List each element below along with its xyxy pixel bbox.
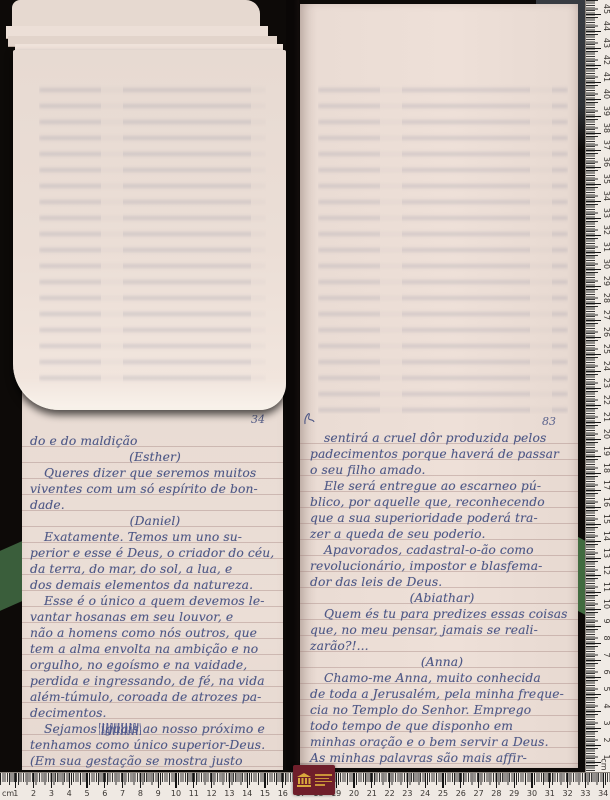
handwritten-line: sentirá a cruel dôr produzida pelos [310, 430, 574, 446]
handwritten-line: todo tempo de que disponho em [310, 718, 574, 734]
cm-number: 2 [25, 789, 43, 798]
cm-number: 28 [487, 789, 505, 798]
cm-number: 16 [274, 789, 292, 798]
cm-tick [51, 773, 52, 788]
cm-tick [586, 694, 601, 695]
cm-tick [175, 773, 176, 788]
speaker-heading: (Esther) [30, 449, 280, 465]
cm-tick [586, 65, 601, 66]
cm-number: 3 [42, 789, 60, 798]
handwritten-line: dor das leis de Deus. [310, 574, 574, 590]
cm-number: 37 [601, 136, 610, 154]
bleed-through-text [318, 82, 568, 414]
cm-number: 13 [220, 789, 238, 798]
cm-tick [586, 677, 601, 678]
handwriting-block: sentirá a cruel dôr produzida pelospadec… [310, 430, 574, 766]
cm-tick [282, 773, 283, 788]
cm-tick [549, 773, 550, 788]
cm-tick [586, 660, 601, 661]
cm-tick [104, 773, 105, 788]
cm-tick [586, 405, 601, 406]
cm-number: 10 [167, 789, 185, 798]
handwritten-line: perdida e ingressando, de fé, na vida [30, 673, 280, 689]
cm-number: 39 [601, 102, 610, 120]
handwritten-line: dade. [30, 497, 280, 513]
speaker-heading: (Abiathar) [310, 590, 574, 606]
cm-number: 12 [203, 789, 221, 798]
cm-number: 13 [601, 544, 610, 562]
handwritten-line: Esse é o único a quem devemos le- [30, 593, 280, 609]
cm-tick [193, 773, 194, 788]
cm-tick [586, 201, 601, 202]
cm-tick [86, 773, 87, 788]
cm-tick [336, 773, 337, 788]
cm-number: 27 [601, 306, 610, 324]
flipped-page-surface [13, 50, 286, 410]
handwritten-line: cia no Templo do Senhor. Emprego [310, 702, 574, 718]
cm-number: 5 [601, 680, 610, 698]
cm-number: 34 [601, 187, 610, 205]
cm-tick [69, 773, 70, 788]
page-gutter-shadow [286, 0, 299, 770]
cm-number: 4 [60, 789, 78, 798]
cm-tick [586, 371, 601, 372]
cm-number: 22 [381, 789, 399, 798]
cm-tick [586, 388, 601, 389]
cm-tick [158, 773, 159, 788]
cm-number: 29 [601, 272, 610, 290]
cm-tick [264, 773, 265, 788]
cm-number: 30 [523, 789, 541, 798]
handwritten-line: de toda a Jerusalém, pela minha freque- [310, 686, 574, 702]
cm-tick [247, 773, 248, 788]
cm-tick [586, 320, 601, 321]
cm-tick [586, 354, 601, 355]
handwritten-line: decimentos. [30, 705, 280, 721]
cm-number: 23 [398, 789, 416, 798]
cm-number: 35 [601, 170, 610, 188]
handwritten-line: zarão?!... [310, 638, 574, 654]
cm-number: 6 [96, 789, 114, 798]
cm-tick [586, 609, 601, 610]
cm-number: 20 [345, 789, 363, 798]
cm-number: 7 [114, 789, 132, 798]
cm-tick [586, 235, 601, 236]
handwritten-line: Quem és tu para predizes essas coisas [310, 606, 574, 622]
handwritten-line: vantar hosanas em seu louvor, e [30, 609, 280, 625]
handwritten-line: tenhamos como único superior-Deus. [30, 737, 280, 753]
text-segment: ao nosso próximo e [139, 722, 265, 736]
cm-number: 8 [131, 789, 149, 798]
cm-number: 4 [601, 697, 610, 715]
cm-number: 22 [601, 391, 610, 409]
cm-tick [586, 31, 601, 32]
cm-number: 31 [601, 238, 610, 256]
pen-flourish-mark [302, 408, 316, 428]
handwritten-line: revolucionário, impostor e blasfema- [310, 558, 574, 574]
cm-number: 21 [601, 408, 610, 426]
archive-stamp [293, 765, 335, 795]
cm-number: 31 [541, 789, 559, 798]
flipped-page-stack [6, 0, 286, 410]
cm-tick [586, 337, 601, 338]
handwritten-line: não a homens como nós outros, que [30, 625, 280, 641]
right-page: 83 sentirá a cruel dôr produzida pelospa… [300, 4, 578, 768]
left-page: 34 do e do maldição(Esther)Queres dizer … [22, 386, 283, 770]
cm-tick [586, 14, 601, 15]
cm-tick [460, 773, 461, 788]
cm-tick [425, 773, 426, 788]
cm-tick [514, 773, 515, 788]
cm-number: 33 [601, 204, 610, 222]
handwritten-line: Exatamente. Temos um uno su- [30, 529, 280, 545]
page-number: 34 [251, 413, 265, 426]
cm-number: 3 [601, 714, 610, 732]
cm-number: 24 [601, 357, 610, 375]
handwritten-line: do e do maldição [30, 433, 280, 449]
cm-number: 7 [601, 646, 610, 664]
cm-tick [353, 773, 354, 788]
cm-number: 33 [576, 789, 594, 798]
cm-tick [586, 456, 601, 457]
handwritten-line: padecimentos porque haverá de passar [310, 446, 574, 462]
cm-tick [586, 116, 601, 117]
cm-tick [586, 48, 601, 49]
cm-number: 32 [601, 221, 610, 239]
stamp-caption-lines [315, 773, 332, 787]
cm-tick [586, 524, 601, 525]
cm-tick [586, 626, 601, 627]
cm-number: 11 [185, 789, 203, 798]
cm-tick [567, 773, 568, 788]
cm-number: 18 [601, 459, 610, 477]
cm-number: 23 [601, 374, 610, 392]
cm-number: 28 [601, 289, 610, 307]
speaker-heading: (Anna) [310, 654, 574, 670]
scribbled-word: iguais [101, 722, 139, 736]
handwritten-line: viventes com um só espírito de bon- [30, 481, 280, 497]
cm-tick [586, 99, 601, 100]
cm-number: 2 [601, 731, 610, 749]
cm-number: 19 [601, 442, 610, 460]
cm-number: 10 [601, 595, 610, 613]
handwritten-line: Sejamos iguais ao nosso próximo e [30, 721, 280, 737]
bleed-through-text [39, 82, 266, 385]
handwritten-line: blico, por aquelle que, reconhecendo [310, 494, 574, 510]
cm-tick [371, 773, 372, 788]
cm-number: 40 [601, 85, 610, 103]
handwritten-line: As minhas palavras são mais affir- [310, 750, 574, 766]
handwriting-block: do e do maldição(Esther)Queres dizer que… [30, 433, 280, 769]
handwritten-line: além-túmulo, coroada de atrozes pa- [30, 689, 280, 705]
cm-tick [15, 773, 16, 788]
cm-tick [586, 269, 601, 270]
page-number: 83 [542, 415, 556, 428]
right-ruler: cm12345678910111213141516171819202122232… [585, 0, 610, 772]
cm-tick [586, 728, 601, 729]
cm-number: 9 [601, 612, 610, 630]
handwritten-line: dos demais elementos da natureza. [30, 577, 280, 593]
cm-tick [586, 592, 601, 593]
cm-tick [586, 507, 601, 508]
cm-number: 44 [601, 17, 610, 35]
cm-number: 14 [238, 789, 256, 798]
handwritten-line: da terra, do mar, do sol, a lua, e [30, 561, 280, 577]
cm-number: 1 [601, 748, 610, 766]
handwritten-line: que a sua superioridade poderá tra- [310, 510, 574, 526]
cm-tick [586, 762, 601, 763]
cm-number: 8 [601, 629, 610, 647]
cm-tick [33, 773, 34, 788]
cm-number: 42 [601, 51, 610, 69]
museum-building-icon [296, 772, 312, 788]
cm-tick [389, 773, 390, 788]
cm-number: 45 [601, 0, 610, 18]
cm-number: 26 [601, 323, 610, 341]
cm-number: 41 [601, 68, 610, 86]
cm-number: 6 [601, 663, 610, 681]
cm-number: 15 [256, 789, 274, 798]
notebook-cover-green-left [0, 541, 22, 611]
cm-tick [211, 773, 212, 788]
cm-number: 32 [559, 789, 577, 798]
cm-tick [122, 773, 123, 788]
handwritten-line: minhas oração e o bem servir a Deus. [310, 734, 574, 750]
cm-tick [586, 745, 601, 746]
cm-tick [586, 133, 601, 134]
cm-number: 15 [601, 510, 610, 528]
cm-tick [586, 558, 601, 559]
cm-number: 24 [416, 789, 434, 798]
cm-number: 12 [601, 561, 610, 579]
handwritten-line: (Em sua gestação se mostra justo [30, 753, 280, 769]
cm-number: 25 [434, 789, 452, 798]
cm-number: 9 [149, 789, 167, 798]
cm-number: 29 [505, 789, 523, 798]
cm-tick [586, 303, 601, 304]
cm-number: 36 [601, 153, 610, 171]
manuscript-photo: { "left_page": { "page_number": "34", "l… [0, 0, 610, 800]
cm-tick [586, 643, 601, 644]
handwritten-line: perior e esse é Deus, o criador do céu, [30, 545, 280, 561]
cm-tick [586, 150, 601, 151]
handwritten-line: tem a alma envolta na ambição e no [30, 641, 280, 657]
cm-tick [586, 711, 601, 712]
cm-tick [407, 773, 408, 788]
cm-tick [586, 490, 601, 491]
text-segment: Sejamos [44, 722, 101, 736]
cm-number: 30 [601, 255, 610, 273]
cm-number: 34 [594, 789, 610, 798]
cm-tick [586, 286, 601, 287]
cm-tick [586, 218, 601, 219]
handwritten-line: o seu filho amado. [310, 462, 574, 478]
handwritten-line: Ele será entregue ao escarneo pú- [310, 478, 574, 494]
cm-number: 5 [78, 789, 96, 798]
handwritten-line: Queres dizer que seremos muitos [30, 465, 280, 481]
handwritten-line: Chamo-me Anna, muito conhecida [310, 670, 574, 686]
cm-tick [229, 773, 230, 788]
cm-tick [586, 82, 601, 83]
handwritten-line: que, no meu pensar, jamais se reali- [310, 622, 574, 638]
cm-number: 11 [601, 578, 610, 596]
cm-number: 38 [601, 119, 610, 137]
cm-tick [586, 167, 601, 168]
handwritten-line: zer a queda de seu poderio. [310, 526, 574, 542]
sheet-edge [12, 0, 260, 29]
cm-tick [531, 773, 532, 788]
cm-tick [478, 773, 479, 788]
cm-number: 21 [363, 789, 381, 798]
speaker-heading: (Daniel) [30, 513, 280, 529]
cm-tick [586, 422, 601, 423]
cm-tick [140, 773, 141, 788]
cm-number: 14 [601, 527, 610, 545]
cm-tick [585, 773, 586, 788]
cm-tick [496, 773, 497, 788]
cm-tick [586, 473, 601, 474]
cm-number: 16 [601, 493, 610, 511]
handwritten-line: Apavorados, cadastral-o-ão como [310, 542, 574, 558]
handwritten-line: orgulho, no egoísmo e na vaidade, [30, 657, 280, 673]
cm-tick [586, 575, 601, 576]
cm-tick [603, 773, 604, 788]
cm-number: 27 [470, 789, 488, 798]
cm-tick [586, 184, 601, 185]
cm-tick [442, 773, 443, 788]
cm-tick [586, 541, 601, 542]
cm-number: 1 [7, 789, 25, 798]
cm-number: 20 [601, 425, 610, 443]
cm-number: 25 [601, 340, 610, 358]
cm-tick [586, 252, 601, 253]
cm-number: 43 [601, 34, 610, 52]
cm-number: 17 [601, 476, 610, 494]
cm-number: 26 [452, 789, 470, 798]
cm-tick [586, 439, 601, 440]
